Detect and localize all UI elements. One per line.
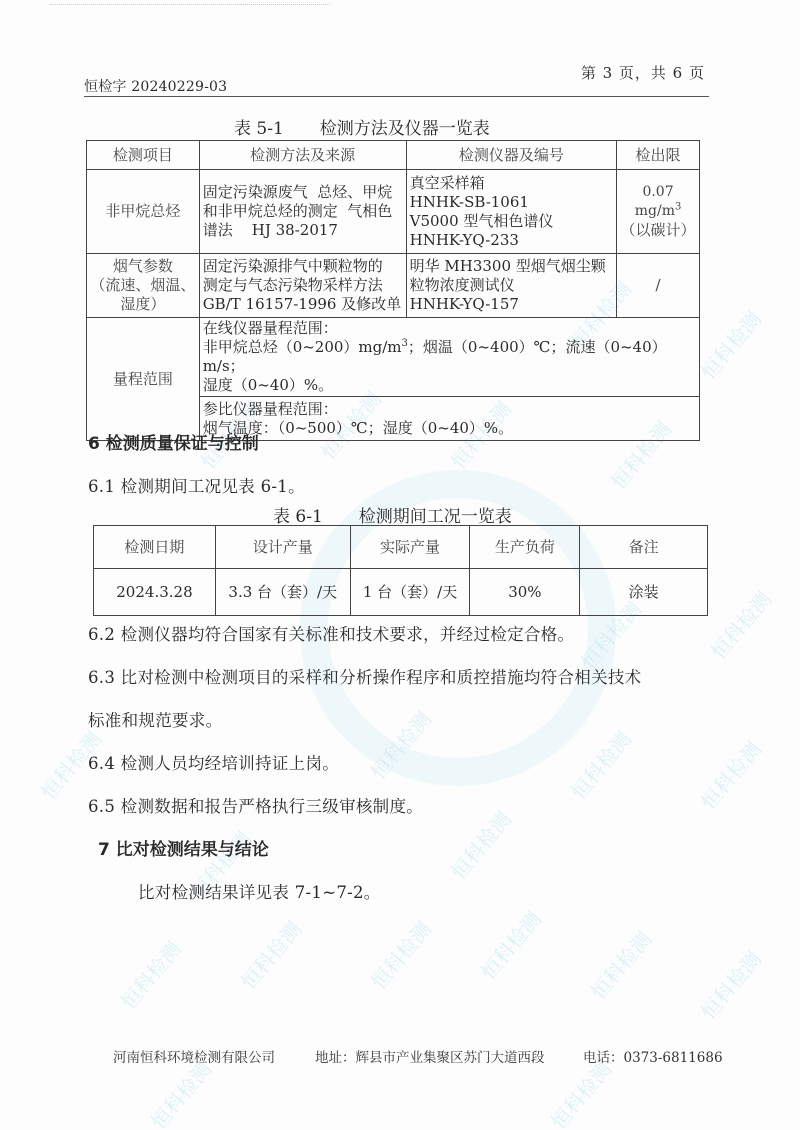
watermark-text: 恒科检测 xyxy=(693,735,767,815)
footer-phone: 电话：0373-6811686 xyxy=(583,1046,723,1066)
watermark-text: 恒科检测 xyxy=(693,945,767,1025)
table-5-1-caption: 表 5-1检测方法及仪器一览表 xyxy=(234,114,490,139)
table-5-1: 检测项目 检测方法及来源 检测仪器及编号 检出限 非甲烷总烃 固定污染源废气 总… xyxy=(86,140,700,441)
caption-title: 检测方法及仪器一览表 xyxy=(320,119,490,139)
caption-number: 表 5-1 xyxy=(234,119,284,139)
cell-actual-output: 1 台（套）/天 xyxy=(350,569,470,616)
text-line: 湿度（0~40）%。 xyxy=(203,376,696,395)
section-7-heading: 7 比对检测结果与结论 xyxy=(98,835,269,860)
text-line: 在线仪器量程范围： xyxy=(203,319,696,338)
text-line: 烟气温度：（0~500）℃；湿度（0~40）%。 xyxy=(203,419,696,438)
text-line: HNHK-SB-1061 xyxy=(410,193,613,212)
cell-method: 固定污染源废气 总烃、甲烷 和非甲烷总烃的测定 气相色 谱法 HJ 38-201… xyxy=(199,170,406,254)
text-line: 谱法 HJ 38-2017 xyxy=(203,221,403,240)
watermark-text: 恒科检测 xyxy=(563,725,637,805)
table-row: 2024.3.28 3.3 台（套）/天 1 台（套）/天 30% 涂装 xyxy=(94,569,708,616)
cell-reference-range: 参比仪器量程范围： 烟气温度：（0~500）℃；湿度（0~40）%。 xyxy=(199,397,699,441)
column-header: 实际产量 xyxy=(350,526,470,569)
watermark-text: 恒科检测 xyxy=(443,805,517,885)
scan-artifact xyxy=(240,4,320,9)
cell-item: 烟气参数 （流速、烟温、 湿度） xyxy=(87,254,200,318)
text-line: HNHK-YQ-233 xyxy=(410,231,613,250)
cell-instrument: 真空采样箱 HNHK-SB-1061 V5000 型气相色谱仪 HNHK-YQ-… xyxy=(406,170,616,254)
cell-limit: 0.07 mg/m3 （以碳计） xyxy=(617,170,700,254)
caption-number: 表 6-1 xyxy=(273,507,323,527)
table-header-row: 检测项目 检测方法及来源 检测仪器及编号 检出限 xyxy=(87,141,700,170)
limit-text: 0.07 mg/m xyxy=(635,184,675,219)
text-line: 非甲烷总烃（0~200）mg/m3；烟温（0~400）℃；流速（0~40）m/s… xyxy=(203,338,696,376)
column-header: 生产负荷 xyxy=(470,526,580,569)
cell-range-label: 量程范围 xyxy=(87,318,200,441)
paragraph-6-2: 6.2 检测仪器均符合国家有关标准和技术要求，并经过检定合格。 xyxy=(88,621,574,645)
cell-limit: / xyxy=(617,254,700,318)
column-header: 检测方法及来源 xyxy=(199,141,406,170)
column-header: 设计产量 xyxy=(215,526,350,569)
footer-address: 地址：辉县市产业集聚区苏门大道西段 xyxy=(315,1046,545,1066)
section-6-heading: 6 检测质量保证与控制 xyxy=(88,429,259,454)
text-line: V5000 型气相色谱仪 xyxy=(410,212,613,231)
paragraph-6-3-line2: 标准和规范要求。 xyxy=(88,707,222,731)
paragraph-6-4: 6.4 检测人员均经培训持证上岗。 xyxy=(88,750,339,774)
page-indicator: 第 3 页，共 6 页 xyxy=(581,62,705,83)
cell-load: 30% xyxy=(470,569,580,616)
cell-remark: 涂装 xyxy=(580,569,708,616)
watermark-text: 恒科检测 xyxy=(703,585,777,665)
cell-design-output: 3.3 台（套）/天 xyxy=(215,569,350,616)
watermark-text: 恒科检测 xyxy=(363,915,437,995)
limit-note: （以碳计） xyxy=(620,221,696,240)
watermark-text: 恒科检测 xyxy=(233,915,307,995)
cell-instrument: 明华 MH3300 型烟气烟尘颗 粒物浓度测试仪 HNHK-YQ-157 xyxy=(406,254,616,318)
text-line: 粒物浓度测试仪 xyxy=(410,276,613,295)
paragraph-6-3-line1: 6.3 比对检测中检测项目的采样和分析操作程序和质控措施均符合相关技术 xyxy=(88,664,642,688)
document-number: 恒检字 20240229-03 xyxy=(84,76,227,96)
watermark-text: 恒科检测 xyxy=(473,905,547,985)
text-line: 明华 MH3300 型烟气烟尘颗 xyxy=(410,257,613,276)
cell-item: 非甲烷总烃 xyxy=(87,170,200,254)
table-row: 烟气参数 （流速、烟温、 湿度） 固定污染源排气中颗粒物的 测定与气态污染物采样… xyxy=(87,254,700,318)
text-line: 真空采样箱 xyxy=(410,174,613,193)
cell-online-range: 在线仪器量程范围： 非甲烷总烃（0~200）mg/m3；烟温（0~400）℃；流… xyxy=(199,318,699,397)
watermark-text: 恒科检测 xyxy=(363,705,437,785)
watermark-text: 恒科检测 xyxy=(113,935,187,1015)
table-row: 非甲烷总烃 固定污染源废气 总烃、甲烷 和非甲烷总烃的测定 气相色 谱法 HJ … xyxy=(87,170,700,254)
text-line: 测定与气态污染物采样方法 xyxy=(203,276,403,295)
table-6-1-caption: 表 6-1检测期间工况一览表 xyxy=(273,502,512,527)
paragraph-7: 比对检测结果详见表 7-1~7-2。 xyxy=(138,879,381,903)
text-line: 参比仪器量程范围： xyxy=(203,400,696,419)
paragraph-6-5: 6.5 检测数据和报告严格执行三级审核制度。 xyxy=(88,793,423,817)
paragraph-6-1: 6.1 检测期间工况见表 6-1。 xyxy=(88,473,305,497)
table-header-row: 检测日期 设计产量 实际产量 生产负荷 备注 xyxy=(94,526,708,569)
text-line: 和非甲烷总烃的测定 气相色 xyxy=(203,202,403,221)
column-header: 备注 xyxy=(580,526,708,569)
limit-value: 0.07 mg/m3 xyxy=(620,183,696,221)
text-line: GB/T 16157-1996 及修改单 xyxy=(203,295,403,314)
text-line: 湿度） xyxy=(90,295,196,314)
cell-date: 2024.3.28 xyxy=(94,569,216,616)
cell-method: 固定污染源排气中颗粒物的 测定与气态污染物采样方法 GB/T 16157-199… xyxy=(199,254,406,318)
text-line: （流速、烟温、 xyxy=(90,276,196,295)
watermark-text: 恒科检测 xyxy=(693,305,767,385)
watermark-text: 恒科检测 xyxy=(583,925,657,1005)
superscript: 3 xyxy=(675,201,681,212)
column-header: 检测项目 xyxy=(87,141,200,170)
table-row: 量程范围 在线仪器量程范围： 非甲烷总烃（0~200）mg/m3；烟温（0~40… xyxy=(87,318,700,397)
range-text: 非甲烷总烃（0~200）mg/m xyxy=(203,338,402,356)
column-header: 检测日期 xyxy=(94,526,216,569)
column-header: 检测仪器及编号 xyxy=(406,141,616,170)
text-line: HNHK-YQ-157 xyxy=(410,295,613,314)
table-6-1: 检测日期 设计产量 实际产量 生产负荷 备注 2024.3.28 3.3 台（套… xyxy=(93,525,708,616)
text-line: 固定污染源排气中颗粒物的 xyxy=(203,257,403,276)
text-line: 固定污染源废气 总烃、甲烷 xyxy=(203,183,403,202)
header-divider xyxy=(84,96,709,97)
caption-title: 检测期间工况一览表 xyxy=(359,507,512,527)
text-line: 烟气参数 xyxy=(90,257,196,276)
footer-company: 河南恒科环境检测有限公司 xyxy=(113,1046,275,1066)
column-header: 检出限 xyxy=(617,141,700,170)
